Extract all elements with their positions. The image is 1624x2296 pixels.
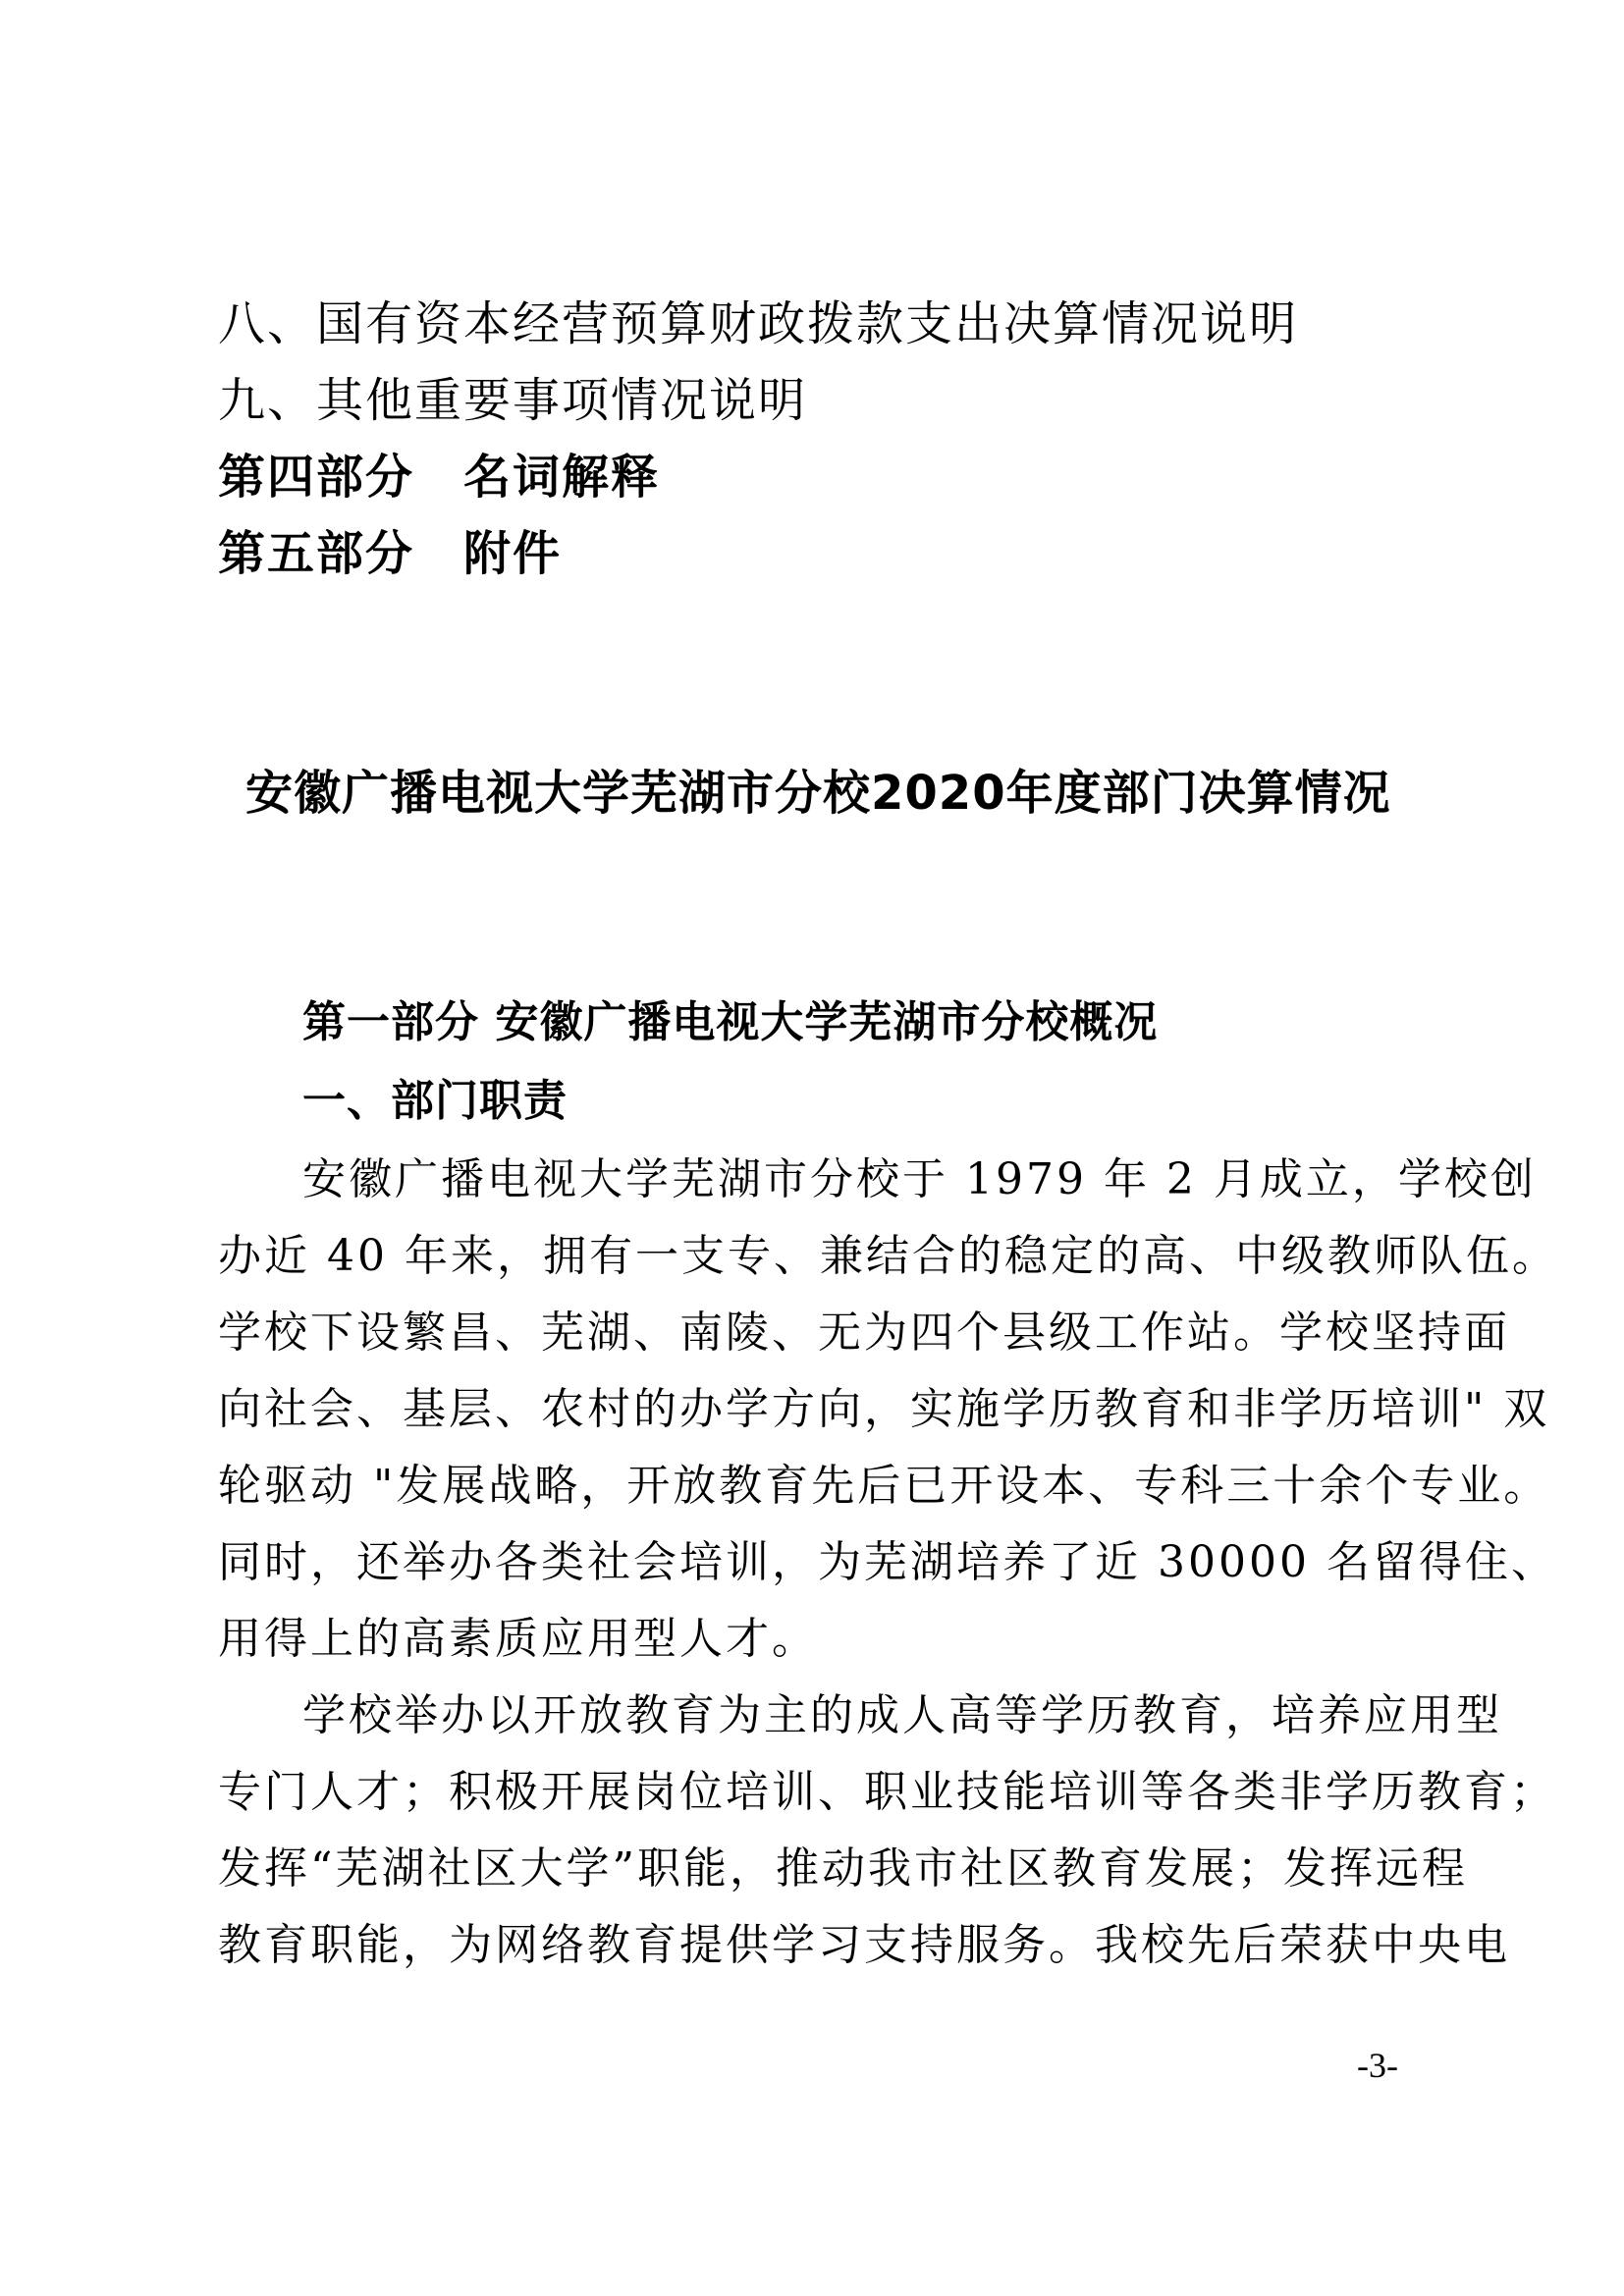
paragraph-2-line-2: 专门人才；积极开展岗位培训、职业技能培训等各类非学历教育； [218, 1763, 1556, 1822]
toc-item-9: 九、其他重要事项情况说明 [218, 371, 807, 430]
paragraph-1-line-2: 办近 40 年来，拥有一支专、兼结合的稳定的高、中级教师队伍。 [218, 1227, 1558, 1286]
toc-part-4: 第四部分名词解释 [218, 448, 660, 507]
paragraph-2-line-4: 教育职能，为网络教育提供学习支持服务。我校先后荣获中央电 [218, 1916, 1510, 1975]
section-heading: 一、部门职责 [302, 1072, 568, 1131]
toc-part-5-label: 第五部分 [218, 526, 414, 581]
paragraph-2-line-1: 学校举办以开放教育为主的成人高等学历教育，培养应用型 [302, 1686, 1502, 1745]
paragraph-2-line-3: 发挥“芜湖社区大学”职能，推动我市社区教育发展；发挥远程 [218, 1840, 1468, 1898]
toc-part-5: 第五部分附件 [218, 524, 562, 583]
paragraph-1-line-5: 轮驱动 "发展战略，开放教育先后已开设本、专科三十余个专业。 [218, 1457, 1549, 1516]
toc-item-8: 八、国有资本经营预算财政拨款支出决算情况说明 [218, 294, 1298, 353]
toc-part-4-title: 名词解释 [463, 450, 660, 505]
paragraph-1-line-6: 同时，还举办各类社会培训，为芜湖培养了近 30000 名留得住、 [218, 1533, 1557, 1592]
toc-part-4-label: 第四部分 [218, 450, 414, 505]
toc-part-5-title: 附件 [463, 526, 562, 581]
document-page: 八、国有资本经营预算财政拨款支出决算情况说明 九、其他重要事项情况说明 第四部分… [0, 0, 1624, 2296]
paragraph-1-line-1: 安徽广播电视大学芜湖市分校于 1979 年 2 月成立，学校创 [302, 1150, 1537, 1209]
part-heading: 第一部分 安徽广播电视大学芜湖市分校概况 [302, 993, 1158, 1052]
paragraph-1-line-3: 学校下设繁昌、芜湖、南陵、无为四个县级工作站。学校坚持面 [218, 1304, 1510, 1362]
page-number: -3- [1357, 2044, 1398, 2087]
paragraph-1-line-4: 向社会、基层、农村的办学方向，实施学历教育和非学历培训" 双 [218, 1380, 1549, 1439]
paragraph-1-line-7: 用得上的高素质应用型人才。 [218, 1610, 818, 1669]
document-title: 安徽广播电视大学芜湖市分校2020年度部门决算情况 [245, 764, 1391, 823]
